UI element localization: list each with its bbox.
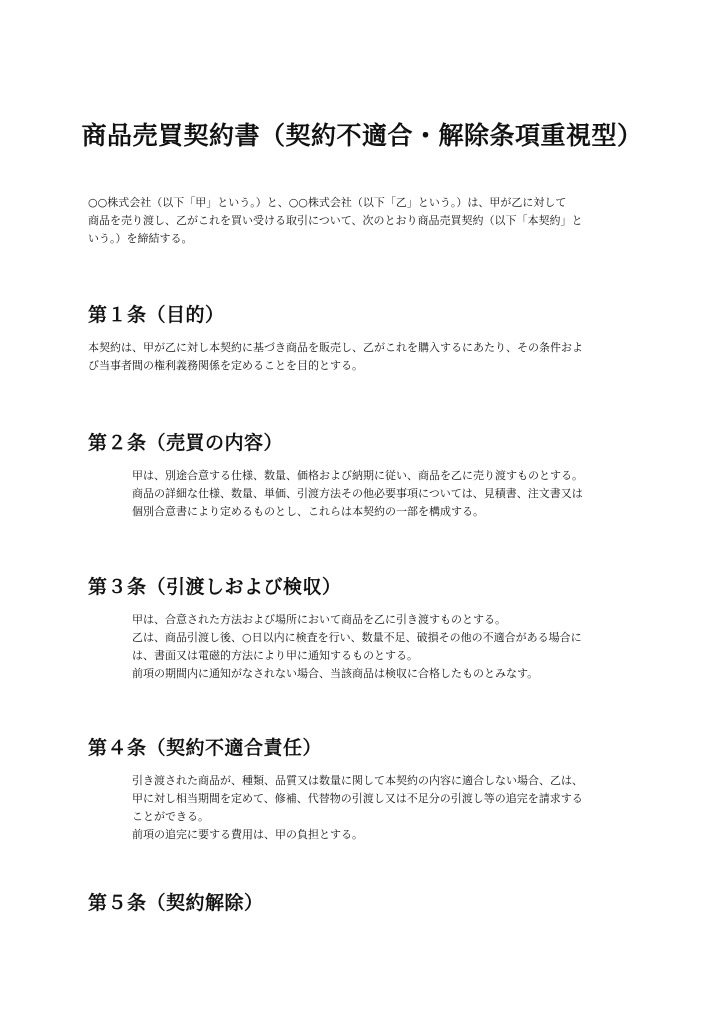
- document-title: 商品売買契約書（契約不適合・解除条項重視型）: [0, 116, 724, 152]
- text-line: 引き渡された商品が、種類、品質又は数量に関して本契約の内容に適合しない場合、乙は…: [132, 772, 583, 790]
- text-line: ○○株式会社（以下「甲」という。）と、○○株式会社（以下「乙」という。）は、甲が…: [88, 194, 583, 212]
- text-line: 本契約は、甲が乙に対し本契約に基づき商品を販売し、乙がこれを購入するにあたり、そ…: [88, 339, 583, 357]
- text-line: 甲に対し相当期間を定めて、修補、代替物の引渡し又は不足分の引渡し等の追完を請求す…: [132, 790, 583, 808]
- article-4-body: 引き渡された商品が、種類、品質又は数量に関して本契約の内容に適合しない場合、乙は…: [132, 772, 583, 844]
- article-1-heading: 第１条（目的）: [88, 300, 225, 327]
- text-line: 個別合意書により定めるものとし、これらは本契約の一部を構成する。: [132, 503, 583, 521]
- text-line: ことができる。: [132, 808, 583, 826]
- article-3-heading: 第３条（引渡しおよび検収）: [88, 572, 342, 599]
- text-line: 甲は、別途合意する仕様、数量、価格および納期に従い、商品を乙に売り渡すものとする…: [132, 467, 583, 485]
- text-line: いう。）を締結する。: [88, 230, 583, 248]
- preamble-paragraph: ○○株式会社（以下「甲」という。）と、○○株式会社（以下「乙」という。）は、甲が…: [88, 194, 583, 248]
- text-line: は、書面又は電磁的方法により甲に通知するものとする。: [132, 647, 582, 665]
- article-2-body: 甲は、別途合意する仕様、数量、価格および納期に従い、商品を乙に売り渡すものとする…: [132, 467, 583, 521]
- text-line: 乙は、商品引渡し後、○日以内に検査を行い、数量不足、破損その他の不適合がある場合…: [132, 629, 582, 647]
- article-4-heading: 第４条（契約不適合責任）: [88, 733, 322, 760]
- text-line: 甲は、合意された方法および場所において商品を乙に引き渡すものとする。: [132, 611, 582, 629]
- article-2-heading: 第２条（売買の内容）: [88, 428, 283, 455]
- text-line: 商品の詳細な仕様、数量、単価、引渡方法その他必要事項については、見積書、注文書又…: [132, 485, 583, 503]
- text-line: 前項の追完に要する費用は、甲の負担とする。: [132, 826, 583, 844]
- text-line: び当事者間の権利義務関係を定めることを目的とする。: [88, 357, 583, 375]
- article-5-heading: 第５条（契約解除）: [88, 888, 264, 915]
- text-line: 前項の期間内に通知がなされない場合、当該商品は検収に合格したものとみなす。: [132, 665, 582, 683]
- text-line: 商品を売り渡し、乙がこれを買い受ける取引について、次のとおり商品売買契約（以下「…: [88, 212, 583, 230]
- article-3-body: 甲は、合意された方法および場所において商品を乙に引き渡すものとする。 乙は、商品…: [132, 611, 582, 683]
- article-1-body: 本契約は、甲が乙に対し本契約に基づき商品を販売し、乙がこれを購入するにあたり、そ…: [88, 339, 583, 375]
- document-page: 商品売買契約書（契約不適合・解除条項重視型） ○○株式会社（以下「甲」という。）…: [0, 0, 724, 1024]
